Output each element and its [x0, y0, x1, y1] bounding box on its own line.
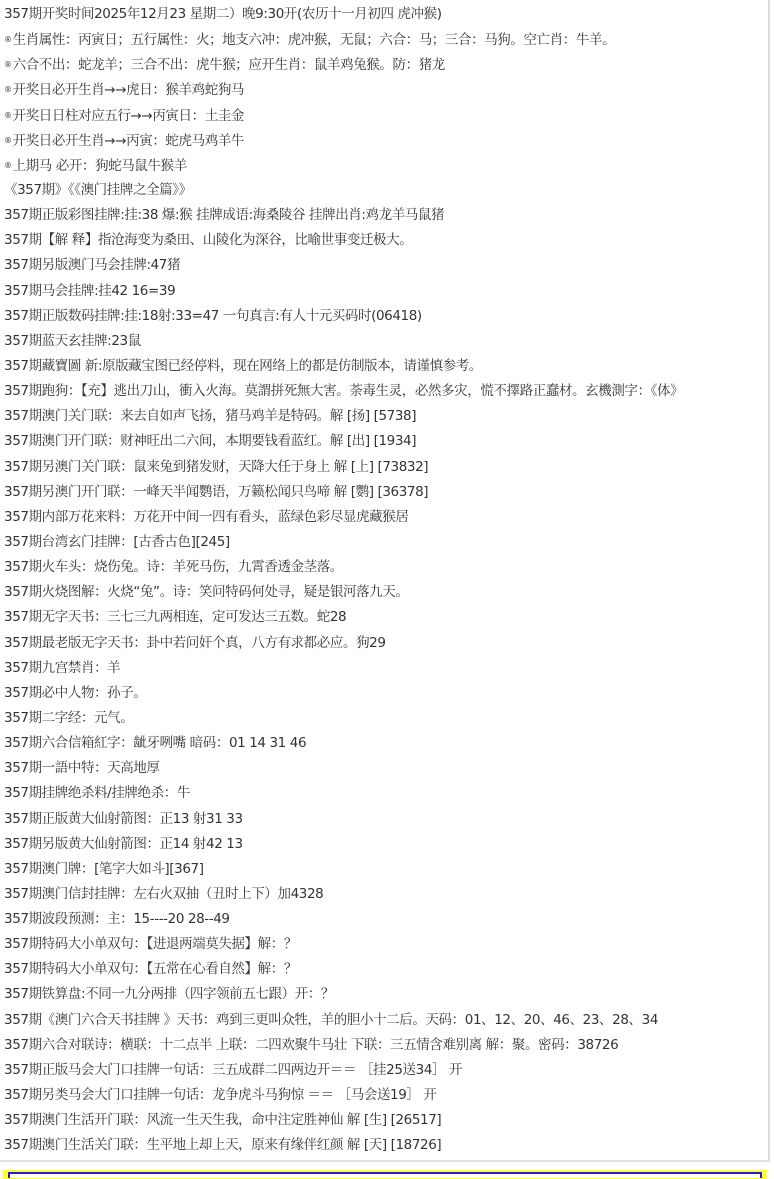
bullet-icon: ®	[4, 136, 12, 145]
line-text: 357期另版黄大仙射箭图：正14 射42 13	[4, 836, 243, 852]
line-text: 357期正版彩图挂牌:挂:38 爆:猴 挂牌成语:海桑陵谷 挂牌出肖:鸡龙羊马鼠…	[4, 207, 444, 223]
line-text: 357期正版黄大仙射箭图：正13 射31 33	[4, 811, 243, 827]
list-item: 357期火烧图解：火烧“兔”。诗：笑问特码何处寻，疑是银河落九天。	[4, 580, 768, 605]
line-text: 357期内部万花来料：万花开中间一四有看头，蓝绿色彩尽显虎藏猴居	[4, 509, 408, 525]
line-text: 357期澳门生活关门联：生平地上却上天，原来有缘伴红颜 解 [天] [18726…	[4, 1137, 441, 1153]
bullet-icon: ®	[4, 161, 12, 170]
line-text: 357期正版马会大门口挂牌一句话：三五成群二四两边开＝＝ ［挂25送34］ 开	[4, 1062, 462, 1078]
list-item: ®生肖属性：丙寅日；五行属性：火；地支六冲：虎冲猴，无鼠；六合：马；三合：马狗。…	[4, 27, 768, 52]
list-item: 357期九宫禁肖：羊	[4, 656, 768, 681]
list-item: 357期必中人物：孙子。	[4, 681, 768, 706]
line-text: 六合不出：蛇龙羊；三合不出：虎牛猴；应开生肖：鼠羊鸡兔猴。防：猪龙	[13, 57, 445, 73]
list-item: ®开奖日必开生肖→→虎日：猴羊鸡蛇狗马	[4, 77, 768, 102]
line-text: 357期开奖时间2025年12月23 星期二）晚9:30开(农历十一月初四 虎冲…	[4, 6, 442, 22]
line-text: 生肖属性：丙寅日；五行属性：火；地支六冲：虎冲猴，无鼠；六合：马；三合：马狗。空…	[13, 32, 616, 48]
list-item: 357期澳门关门联：来去自如声飞扬，猪马鸡羊是特码。解 [扬] [5738]	[4, 404, 768, 429]
bottom-banner-frame	[3, 1170, 767, 1179]
list-item: 357期正版彩图挂牌:挂:38 爆:猴 挂牌成语:海桑陵谷 挂牌出肖:鸡龙羊马鼠…	[4, 203, 768, 228]
bullet-icon: ®	[4, 35, 12, 44]
line-text: 357期另版澳门马会挂牌:47猪	[4, 257, 180, 273]
list-item: 357期特码大小单双句：【五常在心看自然】解：？	[4, 957, 768, 982]
line-text: 357期台湾玄门挂牌：[古香古色][245]	[4, 534, 230, 550]
list-item: 357期澳门开门联：财神旺出二六间，本期要钱看蓝红。解 [出] [1934]	[4, 429, 768, 454]
list-item: 357期内部万花来料：万花开中间一四有看头，蓝绿色彩尽显虎藏猴居	[4, 505, 768, 530]
list-item: 357期澳门牌：[笔字大如斗][367]	[4, 857, 768, 882]
list-item: 357期澳门生活开门联：风流一生天生我，命中注定胜神仙 解 [生] [26517…	[4, 1108, 768, 1133]
line-text: 357期澳门关门联：来去自如声飞扬，猪马鸡羊是特码。解 [扬] [5738]	[4, 408, 416, 424]
list-item: 357期正版数码挂牌:挂:18射:33=47 一句真言:有人十元买码时(0641…	[4, 304, 768, 329]
list-item: 357期【解 释】指沧海变为桑田、山陵化为深谷，比喻世事变迁极大。	[4, 228, 768, 253]
list-item: 357期波段预测：主：15----20 28--49	[4, 907, 768, 932]
bottom-banner-inner	[8, 1172, 762, 1178]
list-item: 357期《澳门六合天书挂牌 》天书：鸡到三更叫众牲，羊的胆小十二后。天码：01、…	[4, 1008, 768, 1033]
line-text: 357期另澳门关门联：鼠来兔到猪发财，天降大任于身上 解 [上] [73832]	[4, 459, 428, 475]
list-item: 357期澳门生活关门联：生平地上却上天，原来有缘伴红颜 解 [天] [18726…	[4, 1133, 768, 1158]
line-text: 357期无字天书：三七三九两相连，定可发达三五数。蛇28	[4, 609, 346, 625]
line-text: 357期马会挂牌:挂42 16=39	[4, 283, 175, 299]
list-item: ®开奖日日柱对应五行→→丙寅日：土圭金	[4, 103, 768, 128]
list-item: 357期跑狗：【充】逃出刀山，衝入火海。莫謂拼死無大害。荼毒生灵，必然多灾，慌不…	[4, 379, 768, 404]
line-text: 357期特码大小单双句：【进退两端莫失据】解：？	[4, 936, 297, 952]
list-item: 357期六合信箱紅字：龇牙咧嘴 暗码：01 14 31 46	[4, 731, 768, 756]
line-text: 开奖日必开生肖→→丙寅：蛇虎马鸡羊牛	[13, 133, 244, 149]
list-item: 357期铁算盘:不同一九分两排（四字领前五七跟）开：？	[4, 982, 768, 1007]
line-text: 357期正版数码挂牌:挂:18射:33=47 一句真言:有人十元买码时(0641…	[4, 308, 422, 324]
line-text: 357期一語中特：天高地厚	[4, 760, 160, 776]
list-item: 357期无字天书：三七三九两相连，定可发达三五数。蛇28	[4, 605, 768, 630]
list-item: 357期澳门信封挂牌：左右火双抽（丑时上下）加4328	[4, 882, 768, 907]
list-item: 357期台湾玄门挂牌：[古香古色][245]	[4, 530, 768, 555]
line-text: 357期澳门生活开门联：风流一生天生我，命中注定胜神仙 解 [生] [26517…	[4, 1112, 441, 1128]
line-text: 357期九宫禁肖：羊	[4, 660, 120, 676]
line-text: 357期挂牌绝杀料/挂牌绝杀：牛	[4, 785, 190, 801]
line-text: 357期火车头：烧伤兔。诗：羊死马伤，九霄香透金茎落。	[4, 559, 343, 575]
bullet-icon: ®	[4, 85, 12, 94]
list-item: 357期另版黄大仙射箭图：正14 射42 13	[4, 832, 768, 857]
line-text: 357期藏寶圖 新:原版藏宝图已经停料，现在网络上的都是仿制版本，请谨慎参考。	[4, 358, 482, 374]
line-text: 357期澳门开门联：财神旺出二六间，本期要钱看蓝红。解 [出] [1934]	[4, 433, 416, 449]
list-item: 357期开奖时间2025年12月23 星期二）晚9:30开(农历十一月初四 虎冲…	[4, 2, 768, 27]
line-text: 357期铁算盘:不同一九分两排（四字领前五七跟）开：？	[4, 986, 334, 1002]
line-text: 357期必中人物：孙子。	[4, 685, 146, 701]
list-item: 357期藏寶圖 新:原版藏宝图已经停料，现在网络上的都是仿制版本，请谨慎参考。	[4, 354, 768, 379]
list-item: 357期二字经：元气。	[4, 706, 768, 731]
line-text: 开奖日日柱对应五行→→丙寅日：土圭金	[13, 108, 244, 124]
line-text: 357期另澳门开门联：一峰天半闻鹦语，万籁松闻只鸟啼 解 [鹦] [36378]	[4, 484, 428, 500]
list-item: 357期蓝天玄挂牌:23鼠	[4, 329, 768, 354]
line-text: 357期二字经：元气。	[4, 710, 133, 726]
line-text: 上期马 必开：狗蛇马鼠牛猴羊	[13, 158, 187, 174]
list-item: ®开奖日必开生肖→→丙寅：蛇虎马鸡羊牛	[4, 128, 768, 153]
line-text: 357期特码大小单双句：【五常在心看自然】解：？	[4, 961, 297, 977]
line-text: 《357期》《《澳门挂牌之全篇》》	[4, 182, 192, 198]
line-text: 开奖日必开生肖→→虎日：猴羊鸡蛇狗马	[13, 82, 244, 98]
bullet-icon: ®	[4, 111, 12, 120]
list-item: 357期最老版无字天书：卦中若问奸个真，八方有求都必应。狗29	[4, 631, 768, 656]
list-item: 357期一語中特：天高地厚	[4, 756, 768, 781]
bullet-icon: ®	[4, 60, 12, 69]
line-text: 357期跑狗：【充】逃出刀山，衝入火海。莫謂拼死無大害。荼毒生灵，必然多灾，慌不…	[4, 383, 683, 399]
list-item: 357期火车头：烧伤兔。诗：羊死马伤，九霄香透金茎落。	[4, 555, 768, 580]
list-item: ®六合不出：蛇龙羊；三合不出：虎牛猴；应开生肖：鼠羊鸡兔猴。防：猪龙	[4, 52, 768, 77]
line-text: 357期六合对联诗：横联：十二点半 上联：二四欢聚牛马壮 下联：三五情含难别离 …	[4, 1037, 618, 1053]
list-item: 357期另澳门开门联：一峰天半闻鹦语，万籁松闻只鸟啼 解 [鹦] [36378]	[4, 480, 768, 505]
line-text: 357期六合信箱紅字：龇牙咧嘴 暗码：01 14 31 46	[4, 735, 306, 751]
line-text: 357期澳门信封挂牌：左右火双抽（丑时上下）加4328	[4, 886, 323, 902]
list-item: 357期正版马会大门口挂牌一句话：三五成群二四两边开＝＝ ［挂25送34］ 开	[4, 1058, 768, 1083]
line-text: 357期澳门牌：[笔字大如斗][367]	[4, 861, 204, 877]
line-text: 357期【解 释】指沧海变为桑田、山陵化为深谷，比喻世事变迁极大。	[4, 232, 412, 248]
line-text: 357期最老版无字天书：卦中若问奸个真，八方有求都必应。狗29	[4, 635, 386, 651]
list-item: 《357期》《《澳门挂牌之全篇》》	[4, 178, 768, 203]
list-item: 357期特码大小单双句：【进退两端莫失据】解：？	[4, 932, 768, 957]
list-item: 357期另澳门关门联：鼠来兔到猪发财，天降大任于身上 解 [上] [73832]	[4, 455, 768, 480]
list-item: 357期六合对联诗：横联：十二点半 上联：二四欢聚牛马壮 下联：三五情含难别离 …	[4, 1033, 768, 1058]
line-text: 357期波段预测：主：15----20 28--49	[4, 911, 230, 927]
list-item: ®上期马 必开：狗蛇马鼠牛猴羊	[4, 153, 768, 178]
content-panel: 357期开奖时间2025年12月23 星期二）晚9:30开(农历十一月初四 虎冲…	[0, 0, 770, 1162]
list-item: 357期另类马会大门口挂牌一句话：龙争虎斗马狗惊 ＝＝ ［马会送19］ 开	[4, 1083, 768, 1108]
line-text: 357期蓝天玄挂牌:23鼠	[4, 333, 141, 349]
list-item: 357期挂牌绝杀料/挂牌绝杀：牛	[4, 781, 768, 806]
text-list: 357期开奖时间2025年12月23 星期二）晚9:30开(农历十一月初四 虎冲…	[0, 0, 768, 1158]
line-text: 357期《澳门六合天书挂牌 》天书：鸡到三更叫众牲，羊的胆小十二后。天码：01、…	[4, 1012, 658, 1028]
line-text: 357期另类马会大门口挂牌一句话：龙争虎斗马狗惊 ＝＝ ［马会送19］ 开	[4, 1087, 437, 1103]
list-item: 357期马会挂牌:挂42 16=39	[4, 279, 768, 304]
line-text: 357期火烧图解：火烧“兔”。诗：笑问特码何处寻，疑是银河落九天。	[4, 584, 409, 600]
list-item: 357期另版澳门马会挂牌:47猪	[4, 253, 768, 278]
list-item: 357期正版黄大仙射箭图：正13 射31 33	[4, 807, 768, 832]
